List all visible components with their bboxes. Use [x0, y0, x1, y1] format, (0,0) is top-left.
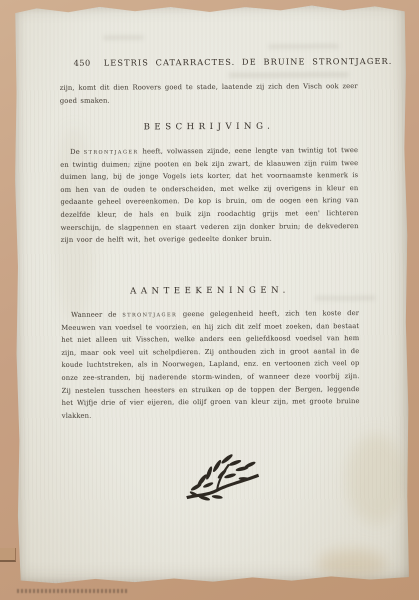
continuation-paragraph: zijn, komt dit dien Roovers goed te stad… [60, 80, 358, 107]
ink-bleedthrough [315, 296, 375, 300]
species-name-smallcaps: strontjager [84, 147, 139, 155]
beschrijving-paragraph: De strontjager heeft, volwassen zijnde, … [60, 144, 359, 247]
running-title: LESTRIS CATARRACTES. DE BRUINE STRONTJAG… [104, 56, 393, 68]
ink-bleedthrough [268, 44, 338, 48]
paragraph-body: heeft, volwassen zijnde, eene lengte van… [60, 146, 358, 244]
paper-stain [317, 549, 387, 579]
table-edge-notch [0, 548, 16, 562]
paper-stain [346, 434, 407, 524]
ink-bleedthrough [103, 35, 143, 39]
aanteekeningen-paragraph: Wanneer de strontjager geene gelegenheid… [61, 307, 360, 422]
section-heading-beschrijving: BESCHRIJVING. [60, 121, 358, 133]
book-page: 450 LESTRIS CATARRACTES. DE BRUINE STRON… [13, 4, 410, 585]
running-head: 450 LESTRIS CATARRACTES. DE BRUINE STRON… [74, 56, 374, 68]
bottom-edge-fine-print [17, 589, 129, 593]
section-heading-aanteekeningen: AANTEEKENINGEN. [61, 285, 359, 297]
tailpiece-twig-ornament [182, 448, 270, 509]
page-number: 450 [74, 58, 91, 68]
ink-bleedthrough [229, 72, 349, 78]
paragraph-lead: Wanneer de [71, 311, 117, 319]
species-name-smallcaps: strontjager [122, 310, 177, 318]
scanned-page-photo: 450 LESTRIS CATARRACTES. DE BRUINE STRON… [0, 0, 419, 600]
paragraph-lead: De [70, 148, 80, 156]
paragraph-body: geene gelegenheid heeft, zich ten koste … [61, 309, 360, 420]
